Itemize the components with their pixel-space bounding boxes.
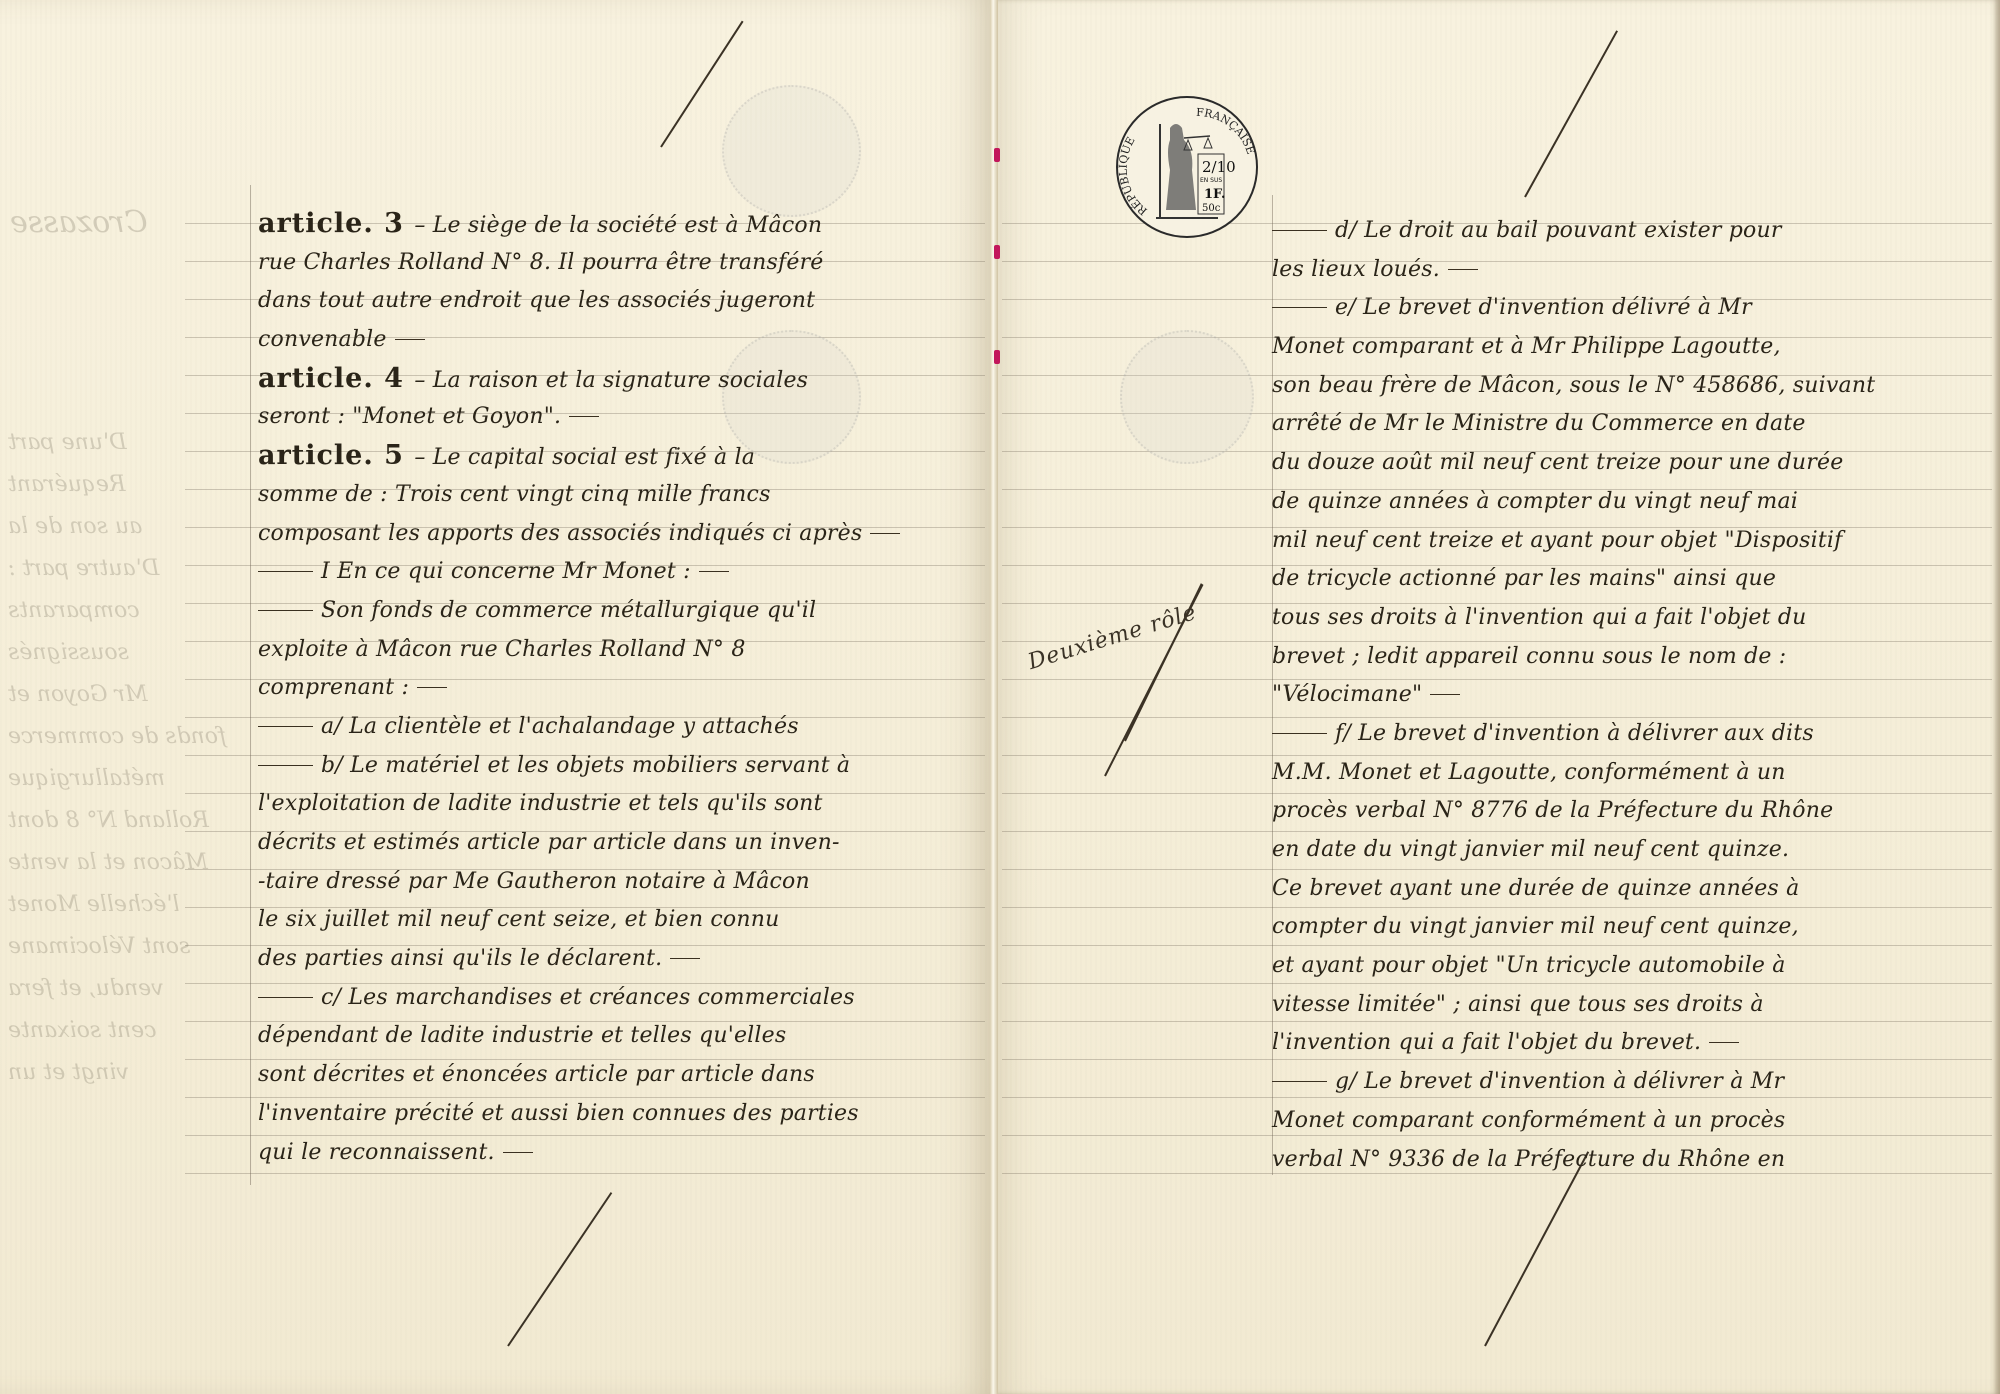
text-line: dépendant de ladite industrie et telles …	[258, 1017, 993, 1056]
line-text: vitesse limitée" ; ainsi que tous ses dr…	[1272, 992, 1764, 1017]
line-text: Monet comparant et à Mr Philippe Lagoutt…	[1272, 334, 1781, 359]
line-filler	[1430, 694, 1460, 695]
line-text: Ce brevet ayant une durée de quinze anné…	[1272, 876, 1799, 901]
text-line: et ayant pour objet "Un tricycle automob…	[1272, 947, 1992, 986]
text-line: sont décrites et énoncées article par ar…	[258, 1056, 993, 1095]
line-text: a/ La clientèle et l'achalandage y attac…	[321, 714, 799, 739]
line-filler	[1709, 1042, 1739, 1043]
article-heading-line: article. 3 – Le siège de la société est …	[258, 205, 993, 244]
text-line: mil neuf cent treize et ayant pour objet…	[1272, 522, 1992, 561]
text-line: Monet comparant conformément à un procès	[1272, 1102, 1992, 1141]
binding-pin	[994, 350, 1000, 364]
text-line: "Vélocimane"	[1272, 676, 1992, 715]
line-text: dépendant de ladite industrie et telles …	[258, 1023, 786, 1048]
line-text: décrits et estimés article par article d…	[258, 830, 840, 855]
line-text: g/ Le brevet d'invention à délivrer à Mr	[1335, 1069, 1784, 1094]
line-text: comprenant :	[258, 675, 409, 700]
line-filler	[1448, 269, 1478, 270]
line-text: l'inventaire précité et aussi bien connu…	[258, 1101, 859, 1126]
leading-dash	[258, 571, 313, 572]
text-line: convenable	[258, 321, 993, 360]
text-line: les lieux loués.	[1272, 251, 1992, 290]
leading-dash	[258, 726, 313, 727]
text-line: g/ Le brevet d'invention à délivrer à Mr	[1272, 1063, 1992, 1102]
line-text: mil neuf cent treize et ayant pour objet…	[1272, 528, 1842, 553]
left-page-text: article. 3 – Le siège de la société est …	[258, 205, 993, 1172]
text-line: en date du vingt janvier mil neuf cent q…	[1272, 831, 1992, 870]
text-line: du douze août mil neuf cent treize pour …	[1272, 444, 1992, 483]
text-line: brevet ; ledit appareil connu sous le no…	[1272, 638, 1992, 677]
article-heading-line: article. 4 – La raison et la signature s…	[258, 360, 993, 399]
leading-dash	[258, 765, 313, 766]
article-label: article. 5	[258, 440, 414, 471]
ghost-text: sont Vélocimane	[8, 934, 190, 959]
line-text: de quinze années à compter du vingt neuf…	[1272, 489, 1798, 514]
leading-dash	[1272, 230, 1327, 231]
text-line: d/ Le droit au bail pouvant exister pour	[1272, 212, 1992, 251]
text-line: c/ Les marchandises et créances commerci…	[258, 979, 993, 1018]
ghost-text: comparants	[8, 598, 140, 623]
line-text: brevet ; ledit appareil connu sous le no…	[1272, 644, 1786, 669]
ghost-text: métallurgique	[8, 766, 165, 791]
svg-text:1F.: 1F.	[1204, 187, 1226, 202]
svg-text:EN SUS: EN SUS	[1200, 177, 1222, 184]
text-line: e/ Le brevet d'invention délivré à Mr	[1272, 289, 1992, 328]
ghost-text: l'échelle Monet	[8, 892, 180, 917]
line-text: dans tout autre endroit que les associés…	[258, 288, 815, 313]
line-text: M.M. Monet et Lagoutte, conformément à u…	[1272, 760, 1786, 785]
text-line: des parties ainsi qu'ils le déclarent.	[258, 940, 993, 979]
line-text: Son fonds de commerce métallurgique qu'i…	[321, 598, 816, 623]
line-filler	[870, 533, 900, 534]
embossed-seal	[722, 85, 861, 217]
article-heading-line: article. 5 – Le capital social est fixé …	[258, 437, 993, 476]
line-text: rue Charles Rolland N° 8. Il pourra être…	[258, 250, 824, 275]
binding-pin	[994, 245, 1000, 259]
line-text: Monet comparant conformément à un procès	[1272, 1108, 1785, 1133]
line-text: d/ Le droit au bail pouvant exister pour	[1335, 218, 1782, 243]
ghost-text: D'autre part :	[8, 556, 159, 581]
ghost-text: D'une part	[8, 430, 127, 455]
text-line: l'exploitation de ladite industrie et te…	[258, 785, 993, 824]
text-line: le six juillet mil neuf cent seize, et b…	[258, 901, 993, 940]
line-text: du douze août mil neuf cent treize pour …	[1272, 450, 1843, 475]
leading-dash	[258, 997, 313, 998]
line-filler	[569, 416, 599, 417]
text-line: -taire dressé par Me Gautheron notaire à…	[258, 863, 993, 902]
text-line: composant les apports des associés indiq…	[258, 515, 993, 554]
line-text: les lieux loués.	[1272, 257, 1440, 282]
line-text: somme de : Trois cent vingt cinq mille f…	[258, 482, 771, 507]
text-line: seront : "Monet et Goyon".	[258, 398, 993, 437]
text-line: qui le reconnaissent.	[258, 1134, 993, 1173]
text-line: I En ce qui concerne Mr Monet :	[258, 553, 993, 592]
line-text: des parties ainsi qu'ils le déclarent.	[258, 946, 662, 971]
ghost-text: cent soixante	[8, 1018, 156, 1043]
line-text: seront : "Monet et Goyon".	[258, 404, 561, 429]
text-line: vitesse limitée" ; ainsi que tous ses dr…	[1272, 986, 1992, 1025]
svg-text:RÉPUBLIQUE: RÉPUBLIQUE	[1118, 135, 1150, 218]
line-text: arrêté de Mr le Ministre du Commerce en …	[1272, 411, 1806, 436]
line-text: qui le reconnaissent.	[258, 1140, 495, 1165]
text-line: compter du vingt janvier mil neuf cent q…	[1272, 908, 1992, 947]
line-text: – Le siège de la société est à Mâcon	[414, 213, 822, 238]
line-filler	[670, 958, 700, 959]
text-line: tous ses droits à l'invention qui a fait…	[1272, 599, 1992, 638]
leading-dash	[1272, 1081, 1327, 1082]
line-text: en date du vingt janvier mil neuf cent q…	[1272, 837, 1789, 862]
ghost-text: vingt et un	[8, 1060, 129, 1085]
text-line: a/ La clientèle et l'achalandage y attac…	[258, 708, 993, 747]
line-text: composant les apports des associés indiq…	[258, 521, 862, 546]
marianne-justice-icon: RÉPUBLIQUE FRANÇAISE 2/10 EN SUS 1F. 50c	[1118, 98, 1256, 236]
text-line: dans tout autre endroit que les associés…	[258, 282, 993, 321]
text-line: arrêté de Mr le Ministre du Commerce en …	[1272, 405, 1992, 444]
right-page-text: d/ Le droit au bail pouvant exister pour…	[1272, 212, 1992, 1179]
text-line: de quinze années à compter du vingt neuf…	[1272, 483, 1992, 522]
text-line: f/ Le brevet d'invention à délivrer aux …	[1272, 715, 1992, 754]
article-label: article. 4	[258, 363, 414, 394]
leading-dash	[1272, 733, 1327, 734]
line-text: exploite à Mâcon rue Charles Rolland N° …	[258, 637, 746, 662]
line-text: – Le capital social est fixé à la	[414, 445, 755, 470]
line-text: l'exploitation de ladite industrie et te…	[258, 791, 823, 816]
line-filler	[417, 687, 447, 688]
svg-text:50c: 50c	[1202, 203, 1221, 214]
tax-stamp-republique-francaise: RÉPUBLIQUE FRANÇAISE 2/10 EN SUS 1F. 50c	[1116, 96, 1258, 238]
ghost-text: au son de la	[8, 514, 142, 539]
ghost-text: Rolland N° 8 dont	[8, 808, 209, 833]
line-text: compter du vingt janvier mil neuf cent q…	[1272, 914, 1799, 939]
line-filler	[395, 339, 425, 340]
text-line: exploite à Mâcon rue Charles Rolland N° …	[258, 631, 993, 670]
ghost-text: vendu, et fera	[8, 976, 164, 1001]
line-text: b/ Le matériel et les objets mobiliers s…	[321, 753, 850, 778]
ghost-text: soussignés	[8, 640, 129, 665]
line-text: de tricycle actionné par les mains" ains…	[1272, 566, 1776, 591]
text-line: son beau frère de Mâcon, sous le N° 4586…	[1272, 367, 1992, 406]
leading-dash	[258, 610, 313, 611]
line-text: c/ Les marchandises et créances commerci…	[321, 985, 855, 1010]
line-text: son beau frère de Mâcon, sous le N° 4586…	[1272, 373, 1875, 398]
svg-text:2/10: 2/10	[1202, 158, 1236, 176]
line-text: e/ Le brevet d'invention délivré à Mr	[1335, 295, 1752, 320]
text-line: de tricycle actionné par les mains" ains…	[1272, 560, 1992, 599]
text-line: procès verbal N° 8776 de la Préfecture d…	[1272, 792, 1992, 831]
ghost-text: Requérant	[8, 472, 126, 497]
text-line: Son fonds de commerce métallurgique qu'i…	[258, 592, 993, 631]
text-line: somme de : Trois cent vingt cinq mille f…	[258, 476, 993, 515]
text-line: décrits et estimés article par article d…	[258, 824, 993, 863]
line-text: f/ Le brevet d'invention à délivrer aux …	[1335, 721, 1814, 746]
text-line: verbal N° 9336 de la Préfecture du Rhône…	[1272, 1141, 1992, 1180]
ghost-text: fonds de commerce	[8, 724, 226, 749]
embossed-seal	[1120, 330, 1254, 464]
text-line: M.M. Monet et Lagoutte, conformément à u…	[1272, 754, 1992, 793]
text-line: comprenant :	[258, 669, 993, 708]
text-line: Ce brevet ayant une durée de quinze anné…	[1272, 870, 1992, 909]
binding-pin	[994, 148, 1000, 162]
line-text: sont décrites et énoncées article par ar…	[258, 1062, 815, 1087]
text-line: l'invention qui a fait l'objet du brevet…	[1272, 1024, 1992, 1063]
line-text: "Vélocimane"	[1272, 682, 1422, 707]
ghost-text: Mâcon et la vente	[8, 850, 208, 875]
text-line: b/ Le matériel et les objets mobiliers s…	[258, 747, 993, 786]
text-line: Monet comparant et à Mr Philippe Lagoutt…	[1272, 328, 1992, 367]
line-filler	[503, 1152, 533, 1153]
line-text: -taire dressé par Me Gautheron notaire à…	[258, 869, 810, 894]
article-label: article. 3	[258, 208, 414, 239]
ghost-text: Crozasse	[10, 205, 148, 240]
line-text: tous ses droits à l'invention qui a fait…	[1272, 605, 1807, 630]
left-margin-rule	[250, 185, 251, 1185]
line-text: et ayant pour objet "Un tricycle automob…	[1272, 953, 1786, 978]
line-text: convenable	[258, 327, 387, 352]
line-text: l'invention qui a fait l'objet du brevet…	[1272, 1030, 1701, 1055]
line-text: I En ce qui concerne Mr Monet :	[321, 559, 691, 584]
line-text: le six juillet mil neuf cent seize, et b…	[258, 907, 779, 932]
line-filler	[699, 571, 729, 572]
line-text: procès verbal N° 8776 de la Préfecture d…	[1272, 798, 1833, 823]
line-text: – La raison et la signature sociales	[414, 368, 808, 393]
text-line: rue Charles Rolland N° 8. Il pourra être…	[258, 244, 993, 283]
leading-dash	[1272, 307, 1327, 308]
text-line: l'inventaire précité et aussi bien connu…	[258, 1095, 993, 1134]
line-text: verbal N° 9336 de la Préfecture du Rhône…	[1272, 1147, 1785, 1172]
ghost-text: Mr Goyon et	[8, 682, 148, 707]
